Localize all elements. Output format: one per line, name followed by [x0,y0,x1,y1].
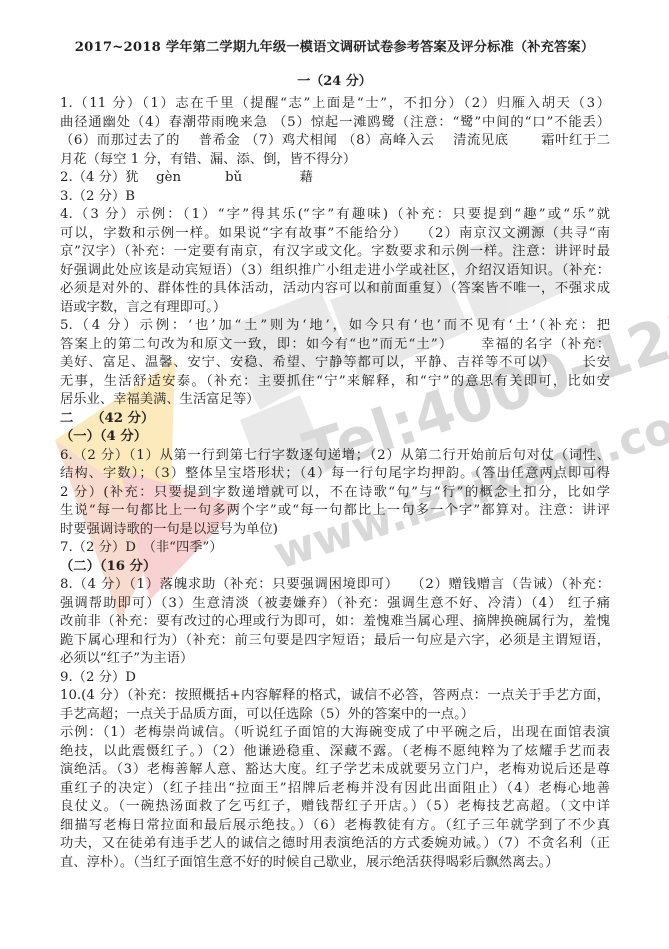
section-heading: （二）（16 分） [60,558,610,577]
section-heading: （一）（4 分） [60,428,610,447]
answer-line: 改前非（补充：要有改过的心理或行为即可，如：羞愧难当属心理、摘牌换碗属行为，羞愧 [60,613,610,632]
answer-line: 结构、字数）；（3）整体呈宝塔形状；（4）每一行句尾字均押韵。（答出任意两点即可… [60,465,610,484]
answer-line: 必须是对外的、群体性的具体活动，活动内容可以和前面重复）（答案皆不唯一，不强求成 [60,280,610,299]
answer-line: 京”汉字）（补充：一定要有南京，有汉字或文化。字数要求和示例一样。注意：讲评时最 [60,243,610,262]
answer-line: 美好、富足、温馨、安宁、安稳、希望、宁静等都可以，平静、吉祥等不可以） 长安 [60,354,610,373]
answer-line: 必须以“红子”为主语） [60,650,610,669]
answer-line: （6）而那过去了的 普希金 （7）鸡犬相闻 （8）高峰入云 清流见底 霜叶红于二 [60,132,610,151]
answer-line: 7.（2 分）D （非“四季”） [60,539,610,558]
answer-line: 演绝活。（3）老梅善解人意、豁达大度。红子学艺未成就要另立门户，老梅劝说后还是尊 [60,761,610,780]
answer-line: 答案上的第二句改为和原文一致，即：如今有“也”而无“土”） 幸福的名字（补充： [60,336,610,355]
answer-line: 月花（每空 1 分，有错、漏、添、倒，皆不得分） [60,151,610,170]
answer-line: 功夫，又在徒弟有违手艺人的诚信之德时用表演绝活的方式委婉劝诫。）（7）不贪名利（… [60,835,610,854]
answer-line: 可以，字数和示例一样。如果说“字有故事”不能给分） （2）南京汉文溯源（共寻“南 [60,225,610,244]
answer-body: 1.（11 分）（1）志在千里（提醒“志”上面是“士”，不扣分）（2）归雁入胡天… [60,95,610,872]
answer-line: 良仗义。（一碗热汤面救了乞丐红子，赠钱帮红子开店。）（5）老梅技艺高超。（文中详 [60,798,610,817]
document-title: 2017~2018 学年第二学期九年级一模语文调研试卷参考答案及评分标准（补充答… [0,36,669,55]
answer-line: 2.（4 分）犹 gèn bǔ 藉 [60,169,610,188]
answer-line: 8.（4 分）（1）落魄求助（补充：只要强调困境即可） （2）赠钱赠言（告诫）（… [60,576,610,595]
answer-line: 强调帮助即可）（3）生意清淡（被妻嫌弃）（补充：强调生意不好、冷清）（4） 红子… [60,595,610,614]
section-heading: 二 （42 分） [60,410,610,429]
answer-line: 细描写老梅日常拉面和最后展示绝技。）（6）老梅教徒有方。（红子三年就学到了不少真 [60,817,610,836]
answer-line: 3.（2 分）B [60,188,610,207]
answer-line: 6.（2 分）（1）从第一行到第七行字数逐句递增；（2）从第二行开始前后句对仗（… [60,447,610,466]
answer-line: 好强调此处应该是动宾短语）（3）组织推广小组走进小学或社区，介绍汉语知识。（补充… [60,262,610,281]
answer-line: 居乐业、幸福美满、生活富足等） [60,391,610,410]
answer-line: 生说“每一句都比上一句多两个字”或“每一句都比上一句多一个字”都算对。注意：讲评 [60,502,610,521]
answer-line: 手艺高超；一点关于品质方面，可以任选除（5）外的答案中的一点。） [60,706,610,725]
answer-line: 语或字数，言之有理即可。） [60,299,610,318]
answer-line: 跪下属心理和行为）（补充：前三句要是四字短语；最后一句应是六字，必须是主谓短语， [60,632,610,651]
section-one-heading: 一（24 分） [0,70,669,89]
answer-line: 绝技，以此震慑红子。）（2）他谦逊稳重、深藏不露。（老梅不愿纯粹为了炫耀手艺而表 [60,743,610,762]
answer-line: 9.（2 分）D [60,669,610,688]
answer-line: 5.（4 分）示例：‘也’加“土”则为‘地’，如今只有‘也’而不见有‘土’（补充… [60,317,610,336]
answer-line: 直、淳朴）。（当红子面馆生意不好的时候自己歇业，展示绝活获得喝彩后飘然离去。） [60,854,610,873]
answer-line: 无事，生活舒适安泰。（补充：主要抓住“宁”来解释，和“宁”的意思有关即可，比如安 [60,373,610,392]
answer-line: 示例：（1）老梅崇尚诚信。（听说红子面馆的大海碗变成了中平碗之后，出现在面馆表演 [60,724,610,743]
answer-line: 4.（3 分）示例：（1）“字”得其乐(“字”有趣味)（补充：只要提到“趣”或“… [60,206,610,225]
answer-line: 曲径通幽处（4）春潮带雨晚来急 （5）惊起一滩鸥鹭（注意：“鹭”中间的“口”不能… [60,114,610,133]
answer-line: 时要强调诗歌的一句是以逗号为单位) [60,521,610,540]
answer-line: 重红子的决定）（红子挂出“拉面王”招牌后老梅并没有因此出面阻止）（4）老梅心地善 [60,780,610,799]
answer-line: 2 分）(补充：只要提到字数递增就可以，不在诗歌“句”与“行”的概念上扣分，比如… [60,484,610,503]
answer-line: 1.（11 分）（1）志在千里（提醒“志”上面是“士”，不扣分）（2）归雁入胡天… [60,95,610,114]
answer-line: 10.(4 分）（补充：按照概括+内容解释的格式，诚信不必答，答两点：一点关于手… [60,687,610,706]
